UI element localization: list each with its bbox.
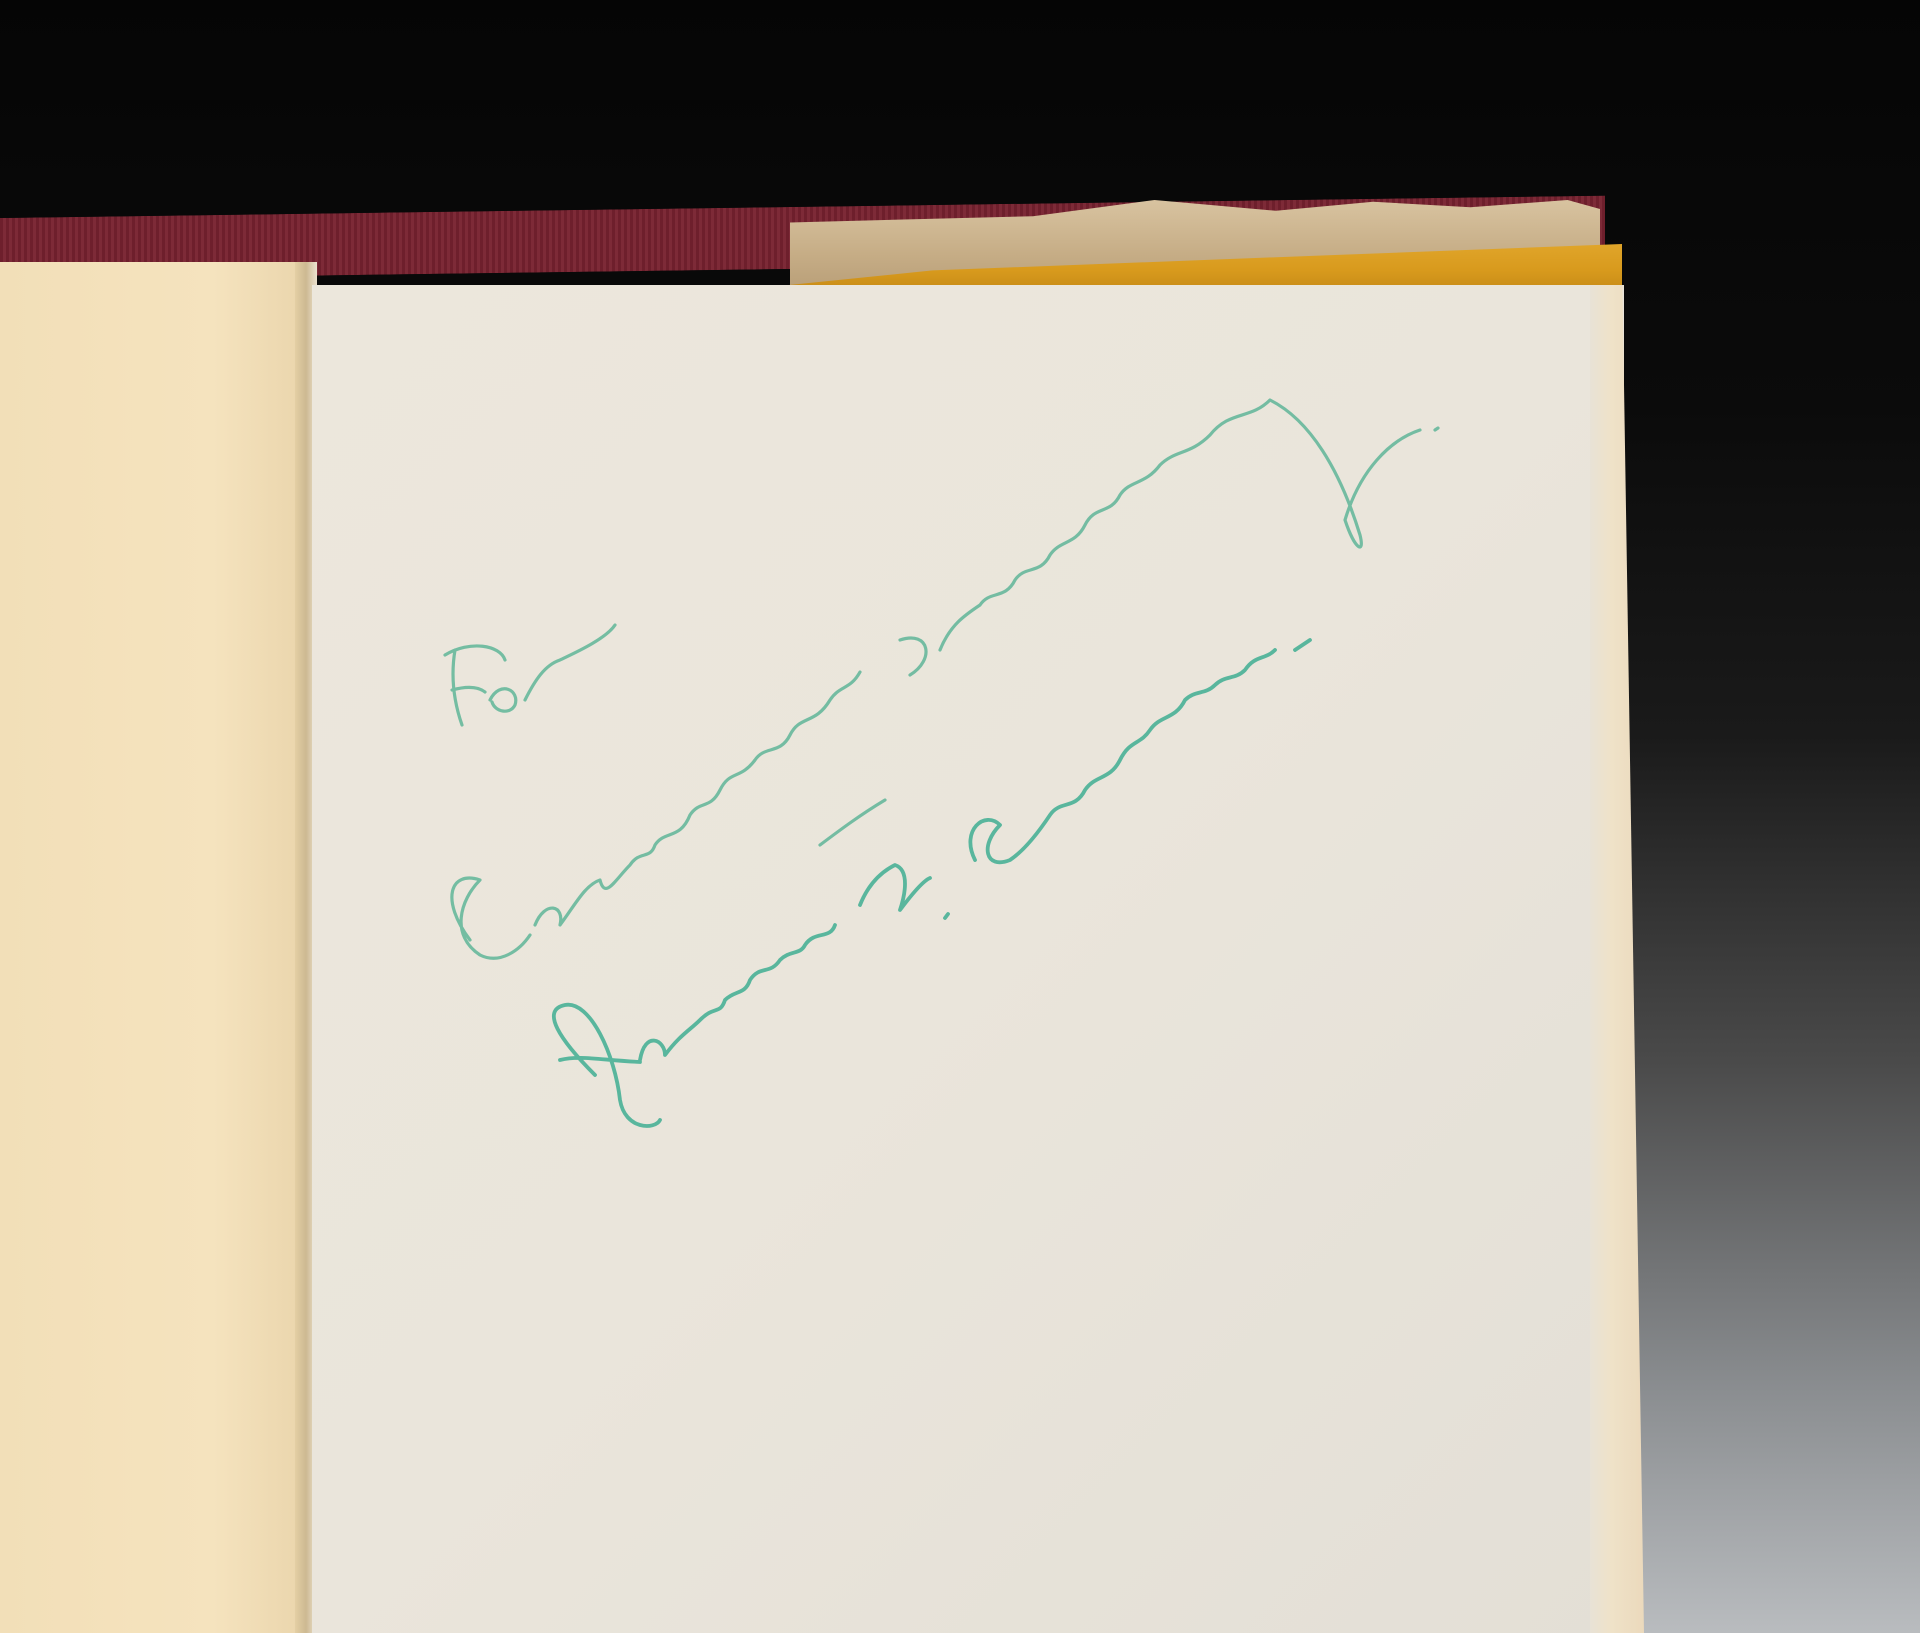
left-endpaper bbox=[0, 262, 305, 1633]
fore-edge bbox=[1590, 285, 1644, 1633]
book-photo: For Earnestine Fishbaugh Amelia M. Earha… bbox=[0, 0, 1920, 1633]
signed-page bbox=[312, 285, 1624, 1633]
